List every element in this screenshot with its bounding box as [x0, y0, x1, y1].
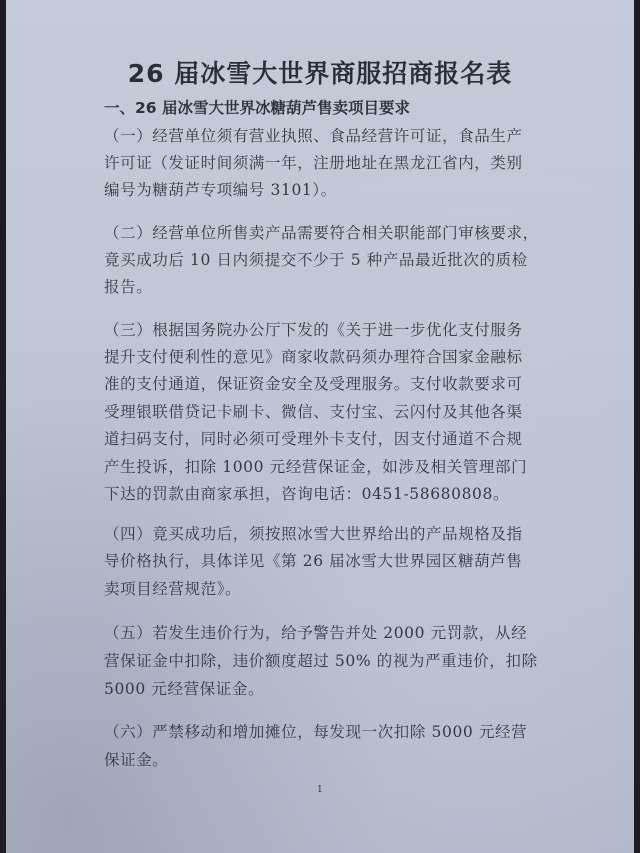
item-5-line-1: （五）若发生违价行为，给予警告并处 2000 元罚款，从经 [104, 621, 544, 643]
item-6-line-2: 保证金。 [104, 748, 544, 770]
item-4-line-3: 卖项目经营规范》。 [104, 577, 544, 599]
item-1-line-3: 编号为糖葫芦专项编号 3101）。 [104, 178, 544, 200]
item-3-line-7: 下达的罚款由商家承担，咨询电话：0451-58680808。 [104, 482, 544, 504]
item-2-line-3: 报告。 [104, 275, 544, 297]
item-4-line-1: （四）竟买成功后，须按照冰雪大世界给出的产品规格及指 [104, 522, 544, 544]
item-3-line-4: 受理银联借贷记卡刷卡、微信、支付宝、云闪付及其他各渠 [104, 400, 544, 422]
item-1-line-2: 许可证（发证时间须满一年，注册地址在黑龙江省内，类别 [104, 151, 544, 173]
paper-page: 26 届冰雪大世界商服招商报名表 一、26 届冰雪大世界冰糖葫芦售卖项目要求 （… [6, 0, 634, 853]
document-photo: 26 届冰雪大世界商服招商报名表 一、26 届冰雪大世界冰糖葫芦售卖项目要求 （… [0, 0, 640, 853]
item-1-line-1: （一）经营单位须有营业执照、食品经营许可证，食品生产 [104, 124, 544, 146]
item-3-line-1: （三）根据国务院办公厅下发的《关于进一步优化支付服务 [104, 318, 544, 340]
item-3-line-6: 产生投诉，扣除 1000 元经营保证金，如涉及相关管理部门 [104, 455, 544, 477]
item-3-line-3: 准的支付通道，保证资金安全及受理服务。支付收款要求可 [104, 372, 544, 394]
section-heading: 一、26 届冰雪大世界冰糖葫芦售卖项目要求 [104, 96, 410, 118]
item-2-line-1: （二）经营单位所售卖产品需要符合相关职能部门审核要求， [104, 221, 544, 243]
item-5-line-3: 5000 元经营保证金。 [104, 677, 544, 699]
item-6-line-1: （六）严禁移动和增加摊位，每发现一次扣除 5000 元经营 [104, 720, 544, 742]
item-2-line-2: 竟买成功后 10 日内须提交不少于 5 种产品最近批次的质检 [104, 248, 544, 270]
page-number: 1 [317, 785, 323, 795]
item-3-line-2: 提升支付便利性的意见》商家收款码须办理符合国家金融标 [104, 345, 544, 367]
item-4-line-2: 导价格执行，具体详见《第 26 届冰雪大世界园区糖葫芦售 [104, 549, 544, 571]
page-title: 26 届冰雪大世界商服招商报名表 [6, 54, 634, 90]
item-3-line-5: 道扫码支付，同时必须可受理外卡支付，因支付通道不合规 [104, 427, 544, 449]
item-5-line-2: 营保证金中扣除，违价额度超过 50% 的视为严重违价，扣除 [104, 649, 544, 671]
